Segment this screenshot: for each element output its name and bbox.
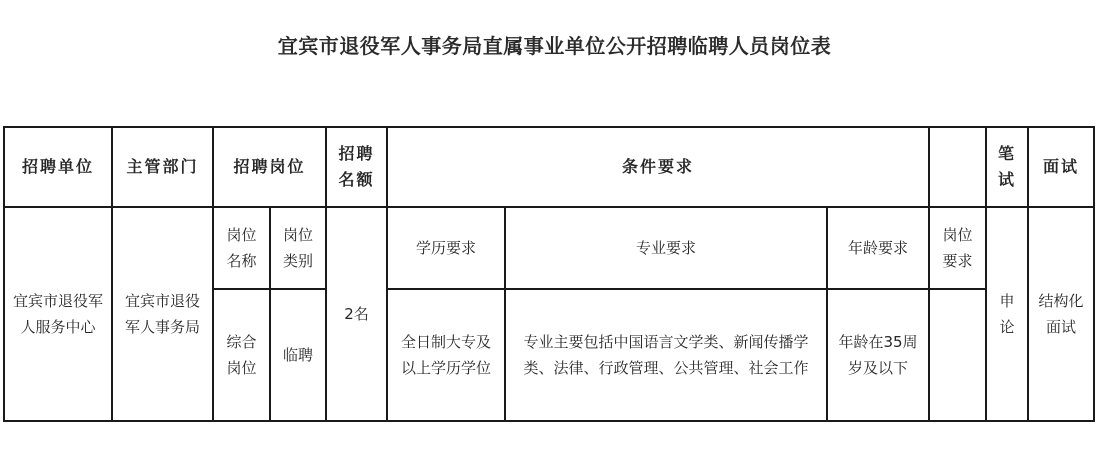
cell-major: 专业主要包括中国语言文学类、新闻传播学类、法律、行政管理、公共管理、社会工作 xyxy=(505,289,827,421)
page-title: 宜宾市退役军人事务局直属事业单位公开招聘临聘人员岗位表 xyxy=(0,30,1109,59)
header-recruit-quota: 招聘名额 xyxy=(326,127,387,207)
subheader-education: 学历要求 xyxy=(387,207,505,289)
subheader-post-category: 岗位类别 xyxy=(270,207,326,289)
cell-recruit-unit: 宜宾市退役军人服务中心 xyxy=(4,207,112,421)
header-supervisor-dept: 主管部门 xyxy=(112,127,213,207)
header-blank-cell xyxy=(929,127,986,207)
cell-quota: 2名 xyxy=(326,207,387,421)
header-written-test: 笔试 xyxy=(986,127,1028,207)
header-requirements: 条件要求 xyxy=(387,127,929,207)
cell-age: 年龄在35周岁及以下 xyxy=(827,289,929,421)
cell-interview: 结构化面试 xyxy=(1028,207,1094,421)
cell-education: 全日制大专及以上学历学位 xyxy=(387,289,505,421)
subheader-post-requirement: 岗位要求 xyxy=(929,207,986,289)
cell-post-category: 临聘 xyxy=(270,289,326,421)
cell-written-test: 申论 xyxy=(986,207,1028,421)
header-interview: 面试 xyxy=(1028,127,1094,207)
header-recruit-unit: 招聘单位 xyxy=(4,127,112,207)
subheader-major: 专业要求 xyxy=(505,207,827,289)
subheader-post-name: 岗位名称 xyxy=(213,207,270,289)
subheader-age: 年龄要求 xyxy=(827,207,929,289)
subheader-row: 宜宾市退役军人服务中心 宜宾市退役军人事务局 岗位名称 岗位类别 2名 学历要求… xyxy=(4,207,1094,289)
cell-supervisor-dept: 宜宾市退役军人事务局 xyxy=(112,207,213,421)
cell-post-name: 综合岗位 xyxy=(213,289,270,421)
header-row: 招聘单位 主管部门 招聘岗位 招聘名额 条件要求 笔试 面试 xyxy=(4,127,1094,207)
recruitment-table: 招聘单位 主管部门 招聘岗位 招聘名额 条件要求 笔试 面试 宜宾市退役军人服务… xyxy=(3,126,1095,422)
cell-post-requirement xyxy=(929,289,986,421)
header-recruit-post: 招聘岗位 xyxy=(213,127,326,207)
